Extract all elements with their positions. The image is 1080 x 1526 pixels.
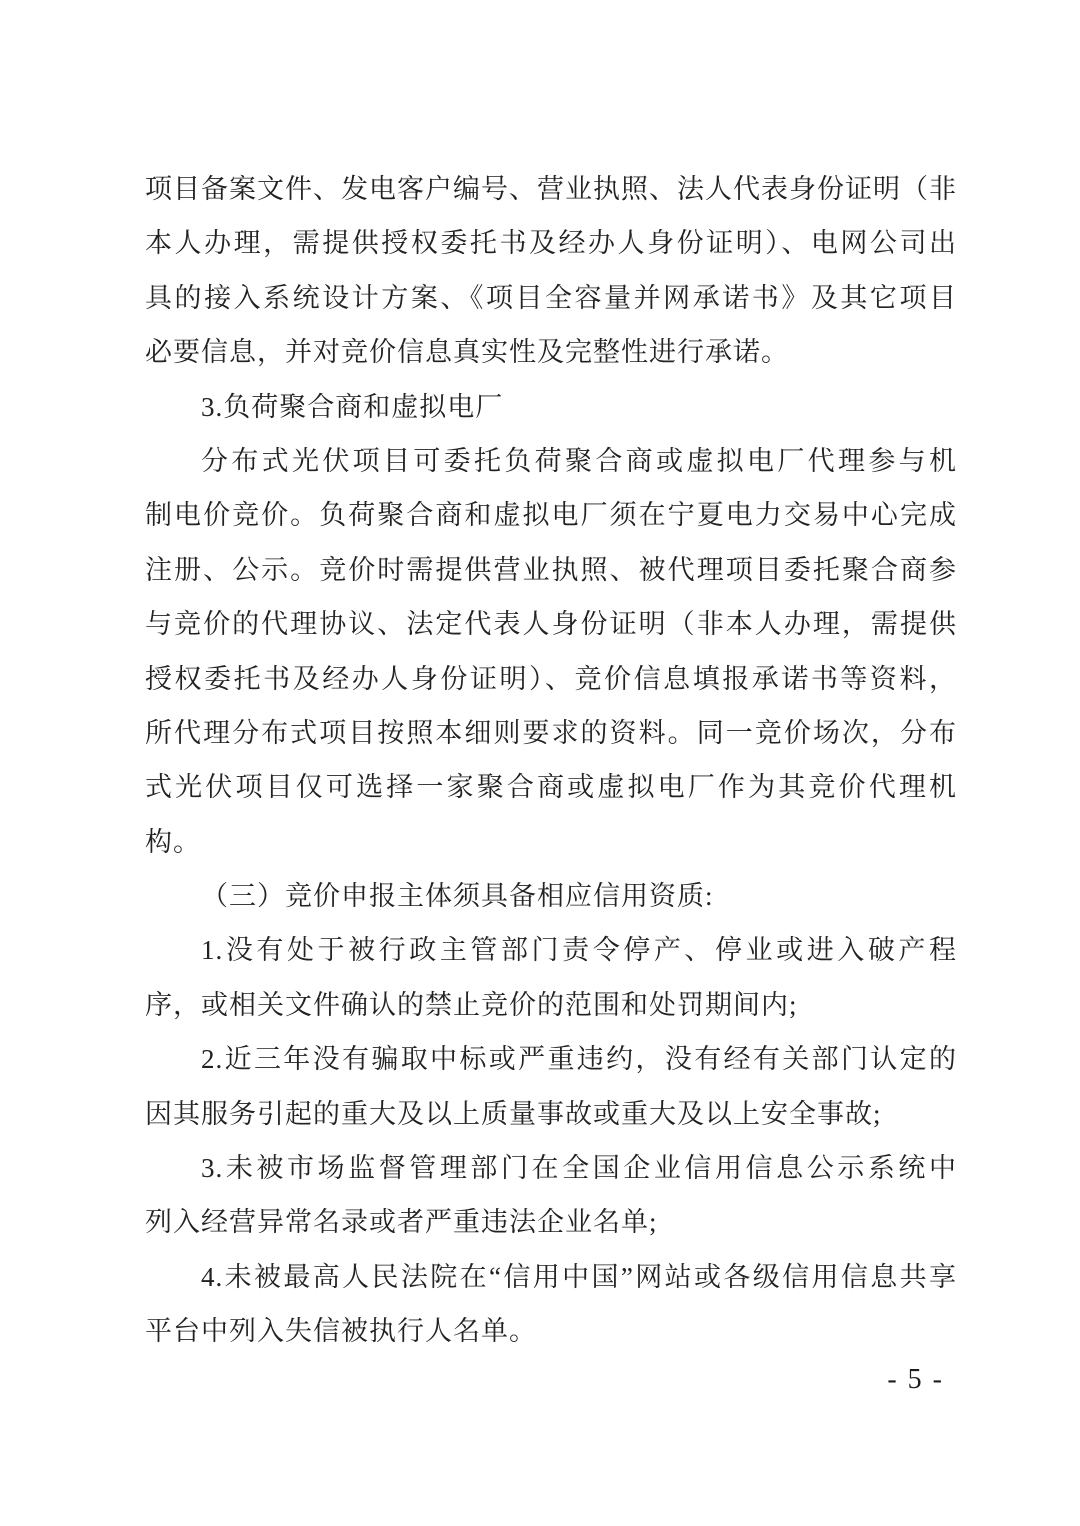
text-line: 式光伏项目仅可选择一家聚合商或虚拟电厂作为其竞价代理机 [145, 760, 957, 814]
text-line: 分布式光伏项目可委托负荷聚合商或虚拟电厂代理参与机 [145, 434, 957, 488]
text-line: 因其服务引起的重大及以上质量事故或重大及以上安全事故; [145, 1087, 957, 1141]
text-line: 列入经营异常名录或者严重违法企业名单; [145, 1195, 957, 1249]
text-line-heading: （三）竞价申报主体须具备相应信用资质: [145, 869, 957, 923]
text-line: 必要信息，并对竞价信息真实性及完整性进行承诺。 [145, 325, 957, 379]
text-line: 3.未被市场监督管理部门在全国企业信用信息公示系统中 [145, 1141, 957, 1195]
text-line: 本人办理，需提供授权委托书及经办人身份证明）、电网公司出 [145, 216, 957, 270]
text-line: 平台中列入失信被执行人名单。 [145, 1304, 957, 1358]
page-number: - 5 - [887, 1364, 944, 1396]
text-line: 注册、公示。竞价时需提供营业执照、被代理项目委托聚合商参 [145, 543, 957, 597]
text-line: 与竞价的代理协议、法定代表人身份证明（非本人办理，需提供 [145, 597, 957, 651]
document-page: { "page": { "background": "#ffffff", "te… [0, 0, 1080, 1526]
text-line: 4.未被最高人民法院在“信用中国”网站或各级信用信息共享 [145, 1250, 957, 1304]
text-line: 项目备案文件、发电客户编号、营业执照、法人代表身份证明（非 [145, 162, 957, 216]
text-line: 授权委托书及经办人身份证明）、竞价信息填报承诺书等资料， [145, 652, 957, 706]
text-line: 具的接入系统设计方案、《项目全容量并网承诺书》及其它项目 [145, 271, 957, 325]
text-line: 制电价竞价。负荷聚合商和虚拟电厂须在宁夏电力交易中心完成 [145, 488, 957, 542]
text-line: 所代理分布式项目按照本细则要求的资料。同一竞价场次，分布 [145, 706, 957, 760]
text-line: 序，或相关文件确认的禁止竞价的范围和处罚期间内; [145, 978, 957, 1032]
text-line: 1.没有处于被行政主管部门责令停产、停业或进入破产程 [145, 923, 957, 977]
document-body: 项目备案文件、发电客户编号、营业执照、法人代表身份证明（非 本人办理，需提供授权… [145, 162, 957, 1359]
text-line: 2.近三年没有骗取中标或严重违约，没有经有关部门认定的 [145, 1032, 957, 1086]
text-line-heading: 3.负荷聚合商和虚拟电厂 [145, 380, 957, 434]
text-line: 构。 [145, 815, 957, 869]
